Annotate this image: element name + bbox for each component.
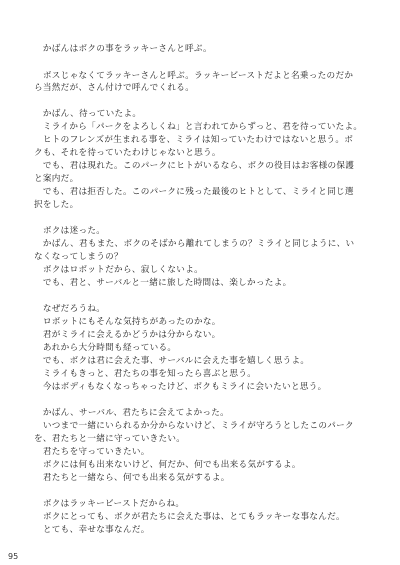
text-line: いつまで一緒にいられるか分からないけど、ミライが守ろうとしたこのパーク bbox=[34, 420, 354, 432]
text-line: ロボットにもそんな気持ちがあったのかな。 bbox=[34, 316, 221, 328]
text-line: かばん、待っていたよ。 bbox=[34, 108, 141, 120]
text-line: を、君たちと一緒に守っていきたい。 bbox=[34, 433, 185, 445]
text-line: ボクにとっても、ボクが君たちに会えた事は、とてもラッキーな事なんだ。 bbox=[34, 511, 345, 523]
text-line: でも、君は拒否した。このパークに残った最後のヒトとして、ミライと同じ選 bbox=[34, 186, 354, 198]
text-line: でも、君は現れた。このパークにヒトがいるなら、ボクの役目はお客様の保護 bbox=[34, 160, 354, 172]
page-number: 95 bbox=[8, 552, 18, 561]
text-line: ボクは迷った。 bbox=[34, 225, 105, 237]
text-line: ボスじゃなくてラッキーさんと呼ぶ。ラッキービーストだよと名乗ったのだか bbox=[34, 70, 353, 82]
text-line: と案内だ。 bbox=[34, 173, 78, 185]
text-line: あれから大分時間も経っている。 bbox=[34, 342, 176, 354]
text-line: 今はボディもなくなっちゃったけど、ボクもミライに会いたいと思う。 bbox=[34, 381, 327, 393]
text-line: 君たちを守っていきたい。 bbox=[34, 446, 150, 458]
text-line: 択をした。 bbox=[34, 199, 78, 211]
text-line: とても、幸せな事なんだ。 bbox=[34, 524, 150, 536]
text-line: でも、君と、サーバルと一緒に旅した時間は、楽しかったよ。 bbox=[34, 277, 292, 289]
text-line: ヒトのフレンズが生まれる事を、ミライは知っていたわけではないと思う。ボ bbox=[34, 134, 353, 146]
text-line: クも、それを待っていたわけじゃないと思う。 bbox=[34, 147, 221, 159]
text-line: ミライから「パークをよろしくね」と言われてからずっと、君を待っていたよ。 bbox=[34, 121, 362, 133]
text-line: ボクはラッキービーストだからね。 bbox=[34, 498, 184, 510]
text-line: かばんはボクの事をラッキーさんと呼ぶ。 bbox=[34, 43, 212, 55]
text-line: なぜだろうね。 bbox=[34, 303, 105, 315]
text-line: かばん、君もまた、ボクのそばから離れてしまうの？ミライと同じように、い bbox=[34, 238, 354, 250]
document-page: かばんはボクの事をラッキーさんと呼ぶ。 ボスじゃなくてラッキーさんと呼ぶ。ラッキ… bbox=[0, 0, 400, 565]
text-line: 君たちと一緒なら、何でも出来る気がするよ。 bbox=[34, 472, 230, 484]
text-line: 君がミライに会えるかどうかは分からない。 bbox=[34, 329, 221, 341]
text-line: でも、ボクは君に会えた事、サーバルに会えた事を嬉しく思うよ。 bbox=[34, 355, 309, 367]
text-line: ボクはロボットだから、寂しくないよ。 bbox=[34, 264, 203, 276]
text-line: かばん、サーバル、君たちに会えてよかった。 bbox=[34, 407, 229, 419]
text-line: なくなってしまうの？ bbox=[34, 251, 123, 263]
text-line: ミライもきっと、君たちの事を知ったら喜ぶと思う。 bbox=[34, 368, 256, 380]
text-line: ボクには何も出来ないけど、何だか、何でも出来る気がするよ。 bbox=[34, 459, 301, 471]
text-line: ら当然だが、さん付けで呼んでくれる。 bbox=[34, 82, 194, 94]
